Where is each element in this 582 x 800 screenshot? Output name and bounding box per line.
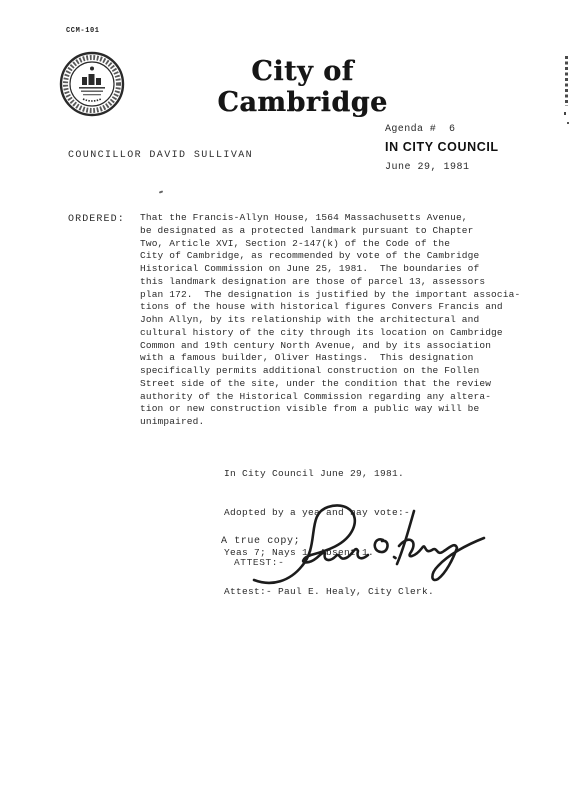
councillor-name: COUNCILLOR DAVID SULLIVAN	[68, 150, 253, 161]
document-page: CCM-101 City of Cambridge Agenda # 6 IN …	[0, 0, 582, 800]
scan-artifact-dot	[564, 112, 566, 115]
form-number: CCM-101	[66, 27, 100, 35]
scan-artifact-stray-mark	[159, 190, 163, 193]
ordered-label: ORDERED:	[68, 214, 125, 225]
scan-artifact-dot	[567, 122, 569, 124]
document-date: June 29, 1981	[385, 162, 470, 173]
city-seal-icon	[59, 51, 125, 117]
in-city-council-heading: IN CITY COUNCIL	[385, 140, 499, 154]
page-title: City of Cambridge	[170, 56, 435, 118]
scan-artifact-edge-line	[565, 56, 568, 106]
clerk-signature	[248, 498, 493, 598]
agenda-number: Agenda # 6	[385, 124, 455, 135]
order-body-text: That the Francis-Allyn House, 1564 Massa…	[140, 212, 530, 429]
adoption-line-council: In City Council June 29, 1981.	[224, 467, 434, 480]
